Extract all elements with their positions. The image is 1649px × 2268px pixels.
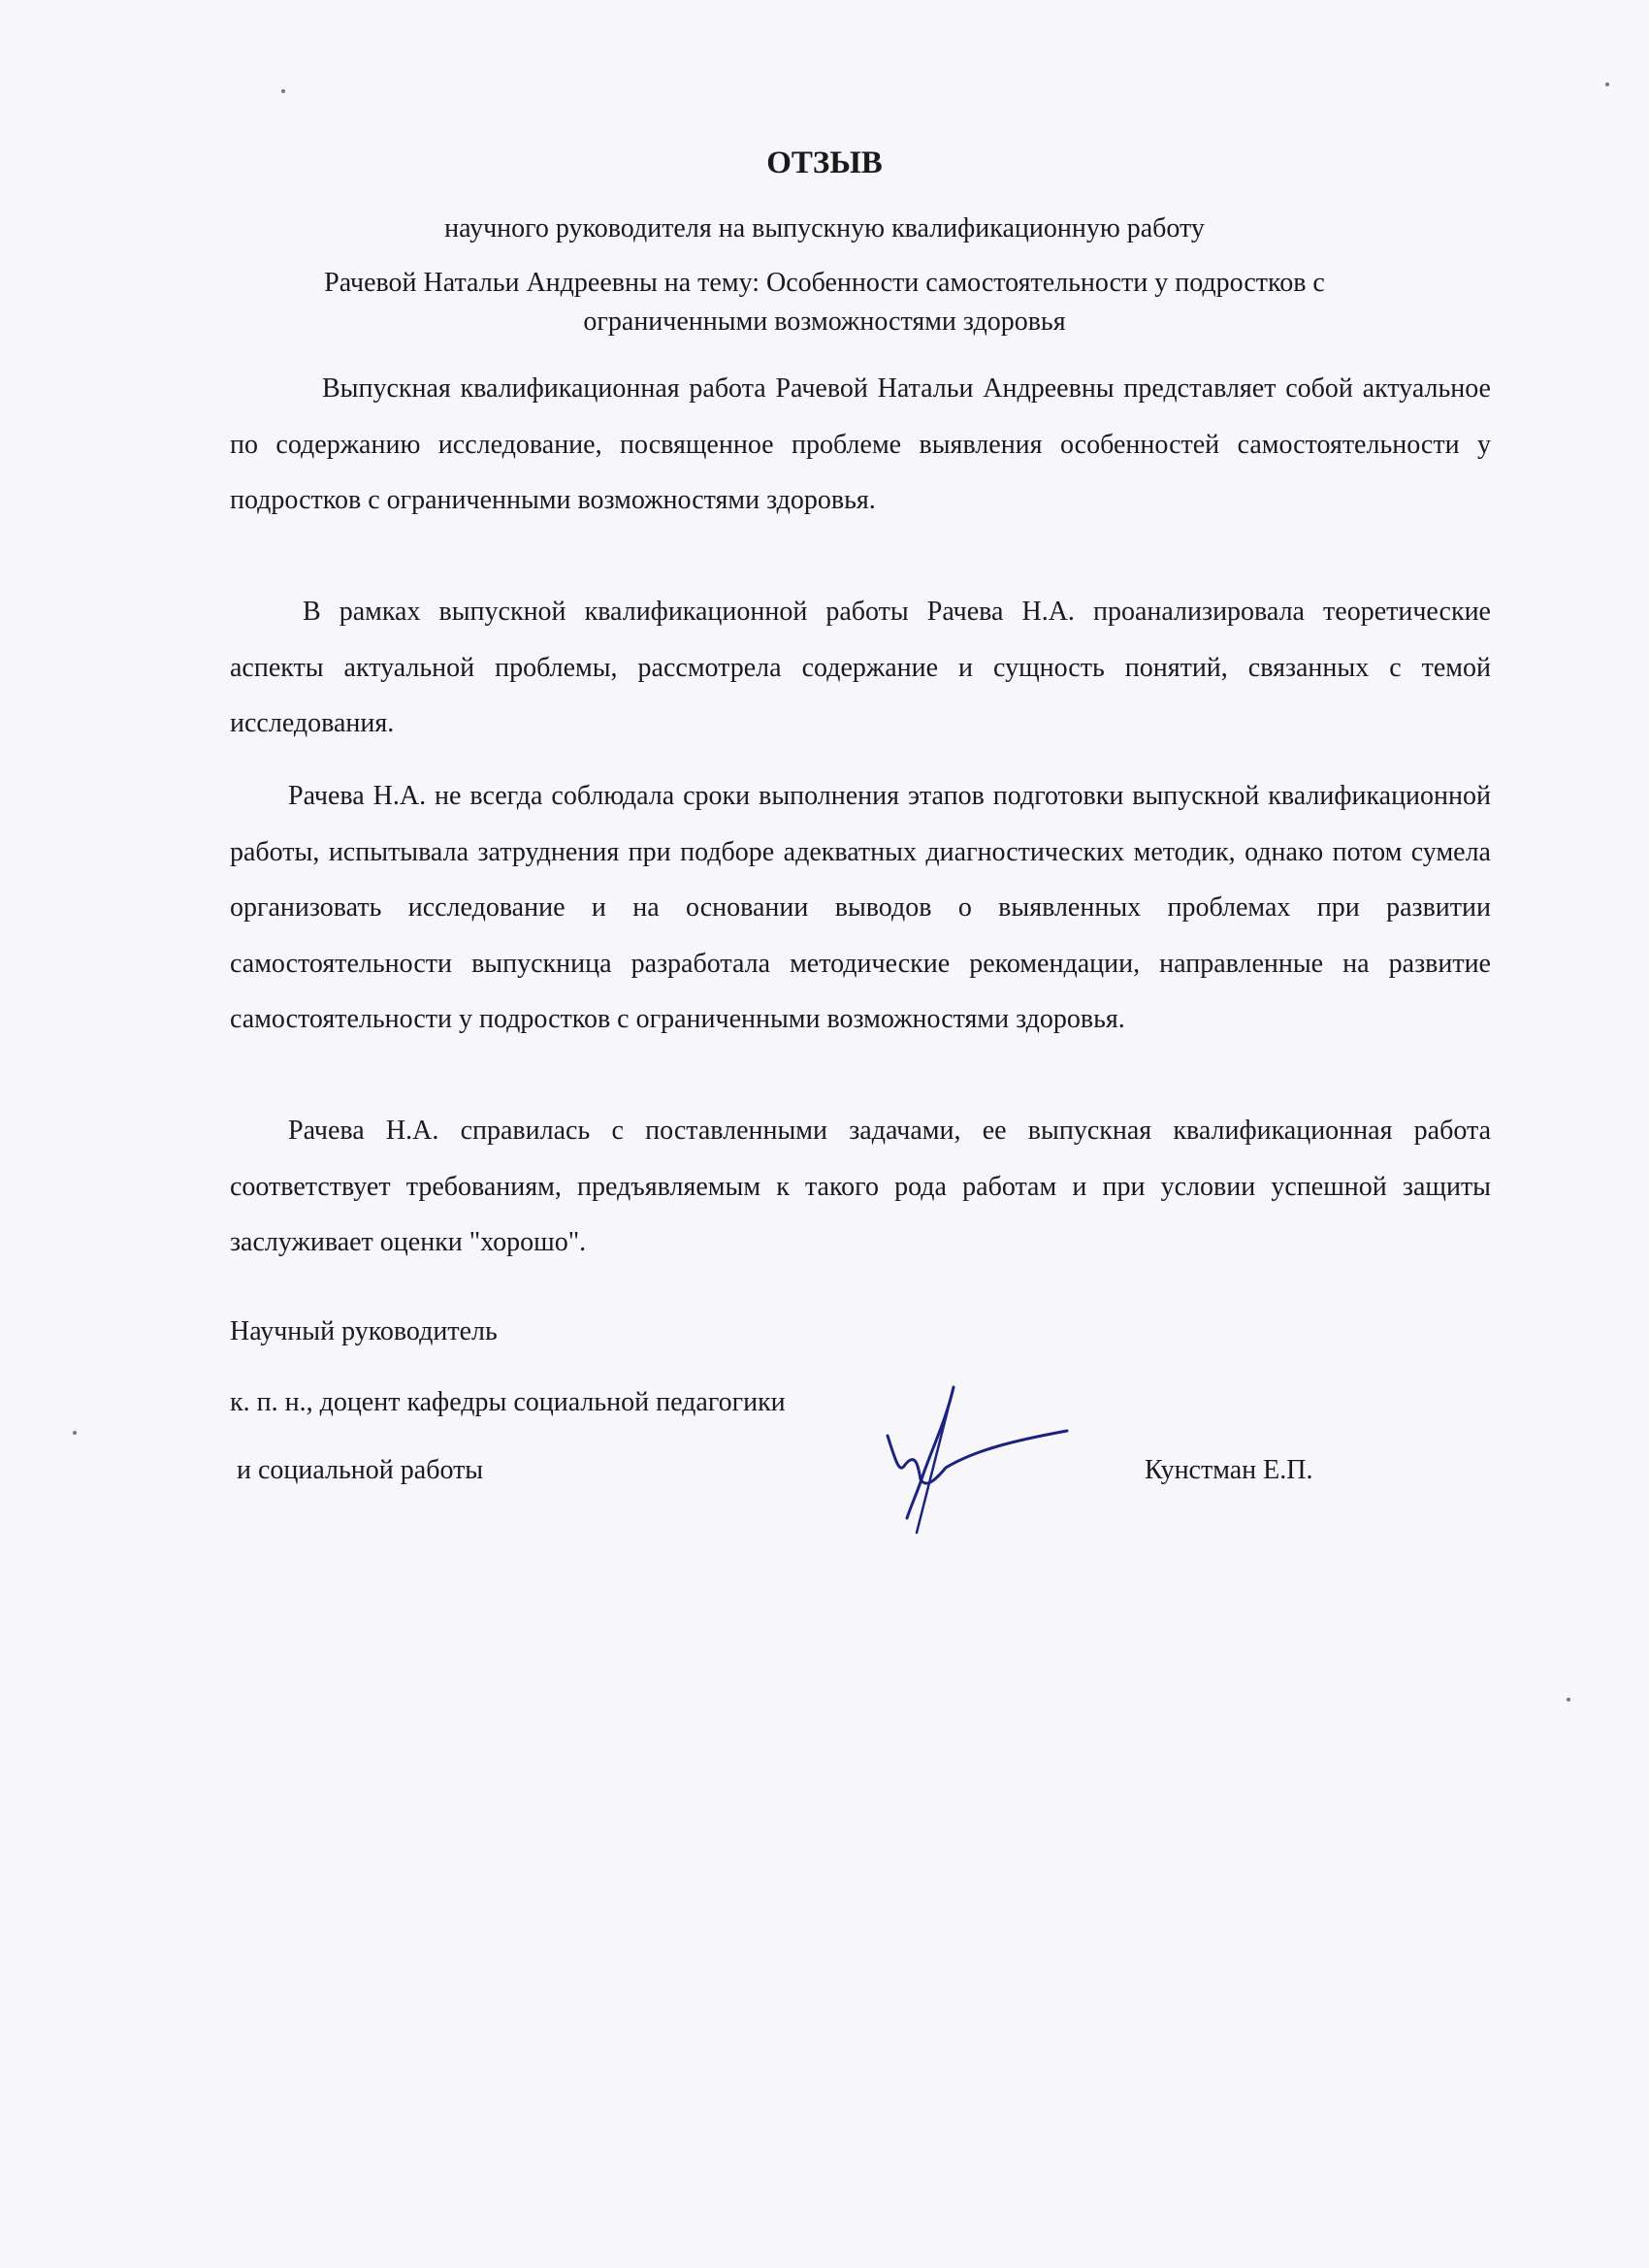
paragraph-4: Рачева Н.А. справилась с поставленными з… [230,1103,1491,1271]
signature-position-1: к. п. н., доцент кафедры социальной педа… [230,1387,786,1418]
scan-speck [1567,1698,1570,1701]
topic-line-2: ограниченными возможностями здоровья [0,307,1649,338]
scan-speck [281,89,285,93]
signature-position-2: и социальной работы [230,1455,483,1486]
signature-name: Кунстман Е.П. [1145,1455,1312,1486]
scan-speck [1605,82,1609,86]
paragraph-3: Рачева Н.А. не всегда соблюдала сроки вы… [230,768,1491,1048]
scan-speck [73,1431,77,1435]
paragraph-2: В рамках выпускной квалификационной рабо… [230,584,1491,752]
document-title: ОТЗЫВ [0,146,1649,181]
document-subtitle: научного руководителя на выпускную квали… [0,213,1649,244]
topic-line-1: Рачевой Натальи Андреевны на тему: Особе… [0,268,1649,299]
handwritten-signature-icon [878,1382,1091,1547]
paragraph-1: Выпускная квалификационная работа Рачево… [230,361,1491,529]
signature-role: Научный руководитель [230,1316,498,1347]
